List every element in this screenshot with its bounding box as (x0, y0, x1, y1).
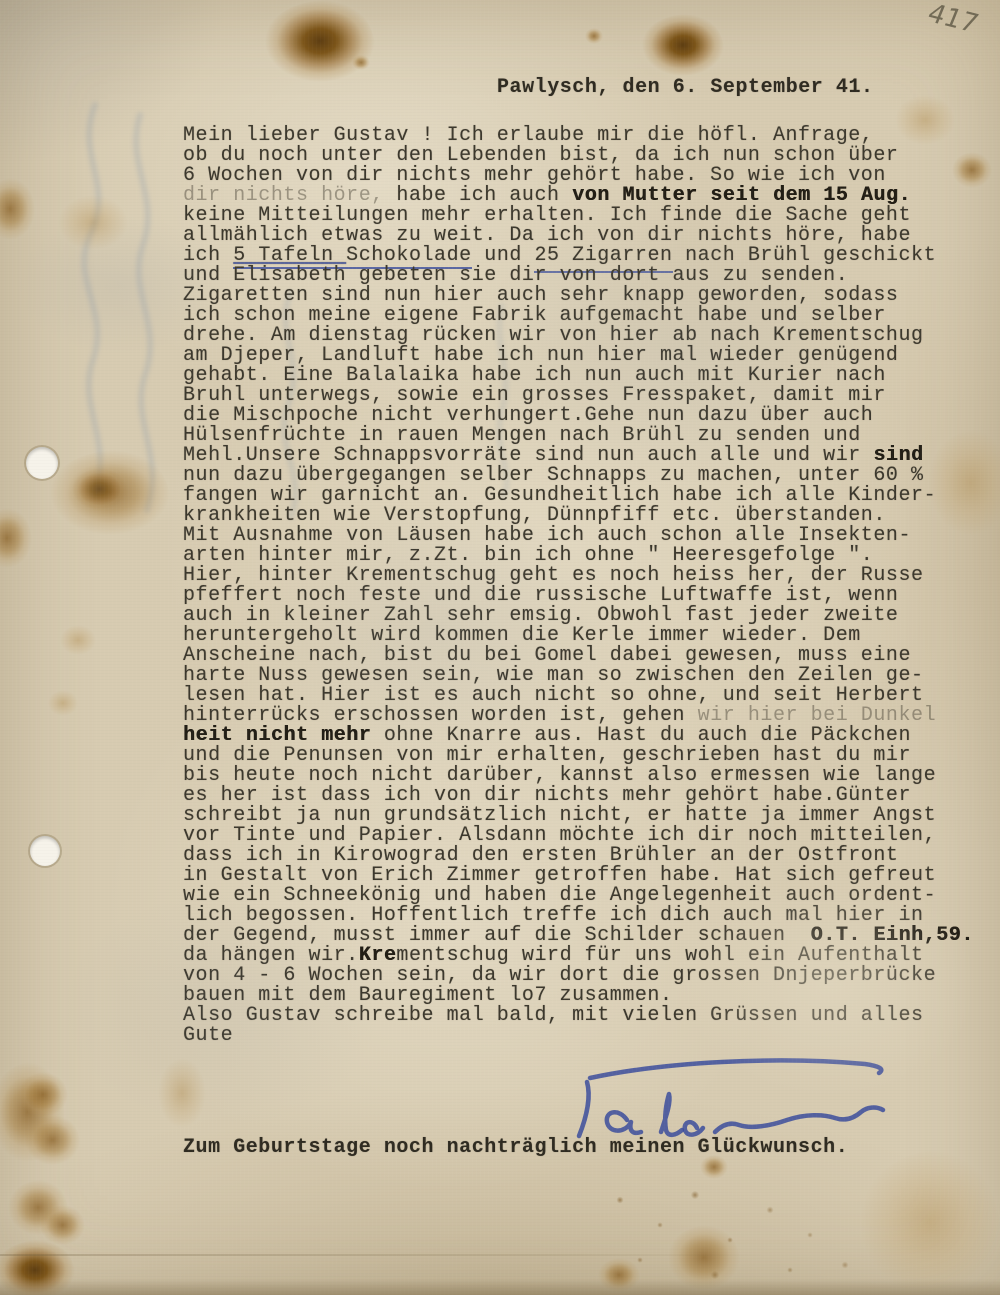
letter-line: schreibt ja nun grundsätzlich nicht, er … (183, 806, 995, 826)
letter-line: arten hinter mir, z.Zt. bin ich ohne " H… (183, 546, 995, 566)
stain (25, 1115, 80, 1165)
stain (860, 1150, 1000, 1295)
letter-line: wie ein Schneekönig und haben die Angele… (183, 886, 995, 906)
letter-line: Anscheine nach, bist du bei Gomel dabei … (183, 646, 995, 666)
stain (72, 468, 127, 510)
letter-line: Also Gustav schreibe mal bald, mit viele… (183, 1006, 995, 1026)
letter-line: und Elisabeth gebeten sie dir von dort a… (183, 266, 995, 286)
letter-line: von 4 - 6 Wochen sein, da wir dort die g… (183, 966, 995, 986)
punch-hole (26, 447, 58, 479)
letter-line: bis heute noch nicht darüber, kannst als… (183, 766, 995, 786)
letter-line: Bruhl unterwegs, sowie ein grosses Fress… (183, 386, 995, 406)
stain (58, 195, 128, 250)
letter-line: es her ist dass ich von dir nichts mehr … (183, 786, 995, 806)
stain (18, 1072, 68, 1117)
letter-line: auch in kleiner Zahl sehr emsig. Obwohl … (183, 606, 995, 626)
stain (60, 625, 96, 655)
letter-line: die Mischpoche nicht verhungert.Gehe nun… (183, 406, 995, 426)
stain (0, 1240, 75, 1295)
letter-line: hinterrücks erschossen worden ist, gehen… (183, 706, 995, 726)
stain (642, 14, 724, 76)
letter-line: Mehl.Unsere Schnappsvorräte sind nun auc… (183, 446, 995, 466)
letter-line: ob du noch unter den Lebenden bist, da i… (183, 146, 995, 166)
letter-line: nun dazu übergegangen selber Schnapps zu… (183, 466, 995, 486)
stain-speckles (600, 1180, 870, 1290)
letter-line: in Gestalt von Erich Zimmer getroffen ha… (183, 866, 995, 886)
stain (40, 1205, 85, 1245)
letter-line: allmählich etwas zu weit. Da ich von dir… (183, 226, 995, 246)
paper-crease (0, 1254, 770, 1256)
stain (8, 1180, 68, 1235)
signature-ink (535, 1048, 935, 1143)
letter-line: lich begossen. Hoffentlich treffe ich di… (183, 906, 995, 926)
stain (265, 0, 375, 82)
stain (48, 690, 78, 716)
letter-body: Mein lieber Gustav ! Ich erlaube mir die… (183, 126, 995, 1046)
stain (0, 508, 32, 568)
letter-line: 6 Wochen von dir nichts mehr gehört habe… (183, 166, 995, 186)
letter-line: krankheiten wie Verstopfung, Dünnpfiff e… (183, 506, 995, 526)
letter-line: fangen wir garnicht an. Gesundheitlich h… (183, 486, 995, 506)
pencil-page-number: 417 (923, 0, 983, 39)
stain (598, 1258, 640, 1292)
letter-line: ich schon meine eigene Fabrik aufgemacht… (183, 306, 995, 326)
letter-line: vor Tinte und Papier. Alsdann möchte ich… (183, 826, 995, 846)
letter-line: Gute (183, 1026, 995, 1046)
letter-line: der Gegend, musst immer auf die Schilder… (183, 926, 995, 946)
stain (50, 450, 170, 535)
letter-line: pfeffert noch feste und die russische Lu… (183, 586, 995, 606)
stain (668, 1225, 740, 1290)
punch-hole (30, 836, 60, 866)
letter-line: heruntergeholt wird kommen die Kerle imm… (183, 626, 995, 646)
letter-line: Hier, hinter Krementschug geht es noch h… (183, 566, 995, 586)
letter-line: Mit Ausnahme von Läusen habe ich auch sc… (183, 526, 995, 546)
letter-line: ich 5 Tafeln Schokolade und 25 Zigarren … (183, 246, 995, 266)
stain (0, 1062, 65, 1162)
stain (0, 178, 35, 240)
letter-line: lesen hat. Hier ist es auch nicht so ohn… (183, 686, 995, 706)
bleed-through-handwriting (55, 95, 185, 525)
letter-line: dass ich in Kirowograd den ersten Brühle… (183, 846, 995, 866)
letter-line: und die Penunsen von mir erhalten, gesch… (183, 746, 995, 766)
dateline: Pawlysch, den 6. September 41. (497, 78, 995, 98)
letter: Pawlysch, den 6. September 41. Mein lieb… (183, 78, 995, 1158)
letter-line: keine Mitteilungen mehr erhalten. Ich fi… (183, 206, 995, 226)
letter-line: gehabt. Eine Balalaika habe ich nun auch… (183, 366, 995, 386)
letter-line: harte Nuss gewesen sein, wie man so zwis… (183, 666, 995, 686)
letter-line: bauen mit dem Bauregiment lo7 zusammen. (183, 986, 995, 1006)
letter-line: da hängen wir.Krementschug wird für uns … (183, 946, 995, 966)
letter-line: Mein lieber Gustav ! Ich erlaube mir die… (183, 126, 995, 146)
scanned-letter-page: 417 Pawlysch, den 6. September 41. Mein … (0, 0, 1000, 1295)
letter-line: Zigaretten sind nun hier auch sehr knapp… (183, 286, 995, 306)
stain (352, 55, 370, 70)
stain (585, 28, 603, 44)
letter-line: heit nicht mehr ohne Knarre aus. Hast du… (183, 726, 995, 746)
letter-line: Hülsenfrüchte in rauen Mengen nach Brühl… (183, 426, 995, 446)
letter-line: am Djeper, Landluft habe ich nun hier ma… (183, 346, 995, 366)
letter-line: dir nichts höre, habe ich auch von Mutte… (183, 186, 995, 206)
letter-line: drehe. Am dienstag rücken wir von hier a… (183, 326, 995, 346)
paper-edge-shadow (0, 1279, 1000, 1295)
